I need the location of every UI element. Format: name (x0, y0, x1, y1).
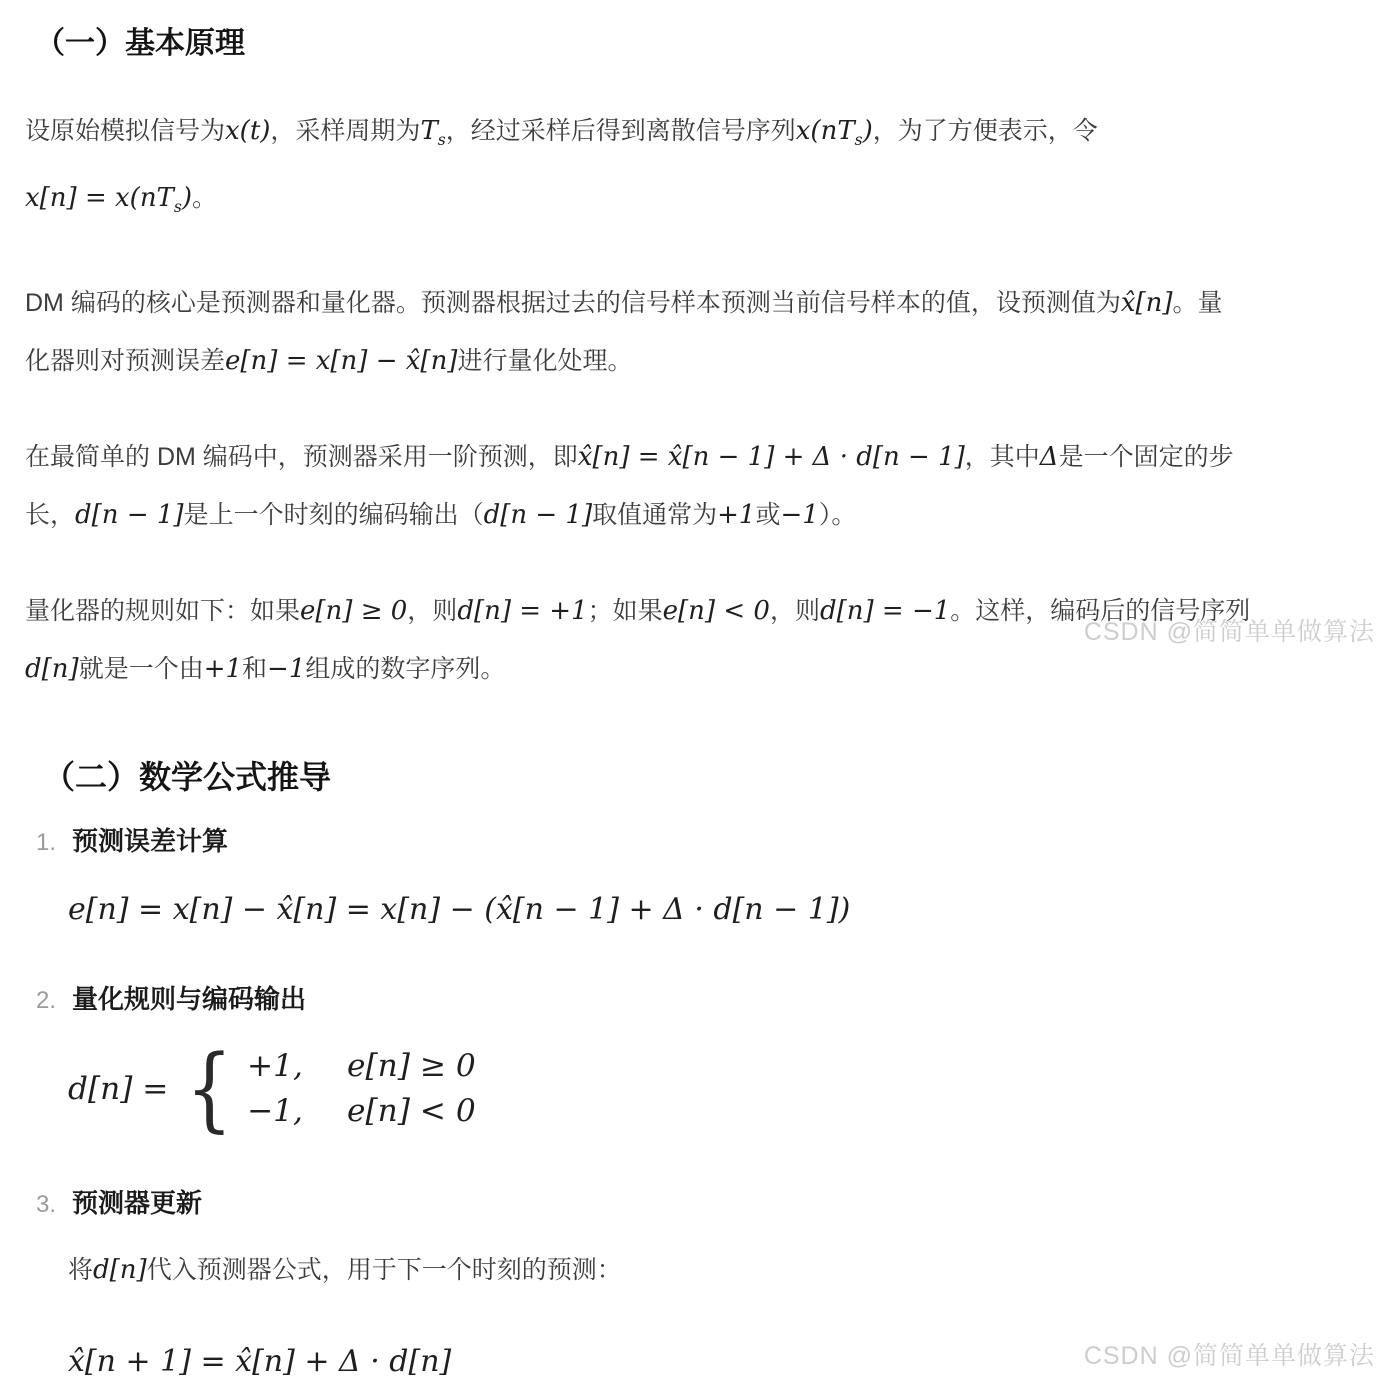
text-run: ，其中 (965, 443, 1040, 471)
math-run: d[n] = +1 (457, 596, 587, 626)
text-run: 组成的数字序列。 (305, 655, 505, 683)
list-item-label: 量化规则与编码输出 (72, 982, 306, 1016)
paragraph-line: 化器则对预测误差e[n] = x[n] − x̂[n]进行量化处理。 (25, 332, 1375, 390)
paragraph-dm-core: DM 编码的核心是预测器和量化器。预测器根据过去的信号样本预测当前信号样本的值，… (25, 274, 1375, 390)
csdn-watermark: CSDN @简简单单做算法 (1084, 612, 1375, 648)
math-run: d[n] = −1 (820, 596, 950, 626)
math-run: x̂[n] (1121, 288, 1173, 318)
math-run: e[n] ≥ 0 (300, 596, 407, 626)
text-run: 和 (242, 655, 267, 683)
text-run: 将 (68, 1256, 93, 1284)
text-run: 或 (755, 501, 780, 529)
math-run: ) (182, 183, 192, 213)
csdn-watermark: CSDN @简简单单做算法 (1084, 1336, 1375, 1372)
text-run: 是一个固定的步 (1059, 443, 1234, 471)
math-run: T (420, 116, 437, 146)
math-lhs: d[n] = (68, 1071, 168, 1107)
list-item-prediction-error: 1. 预测误差计算 (36, 824, 1375, 860)
text-run: ，则 (407, 597, 457, 625)
paragraph-line: 长，d[n − 1]是上一个时刻的编码输出（d[n − 1]取值通常为+1或−1… (25, 486, 1375, 544)
piecewise-case: −1, e[n] < 0 (247, 1089, 476, 1134)
text-run: 进行量化处理。 (457, 347, 632, 375)
math-run: −1 (267, 654, 305, 684)
case-value: +1, (247, 1044, 347, 1089)
math-run: x̂[n] = x̂[n − 1] + Δ · d[n − 1] (578, 442, 965, 472)
text-run: 。量 (1173, 289, 1223, 317)
math-run: −1 (780, 500, 818, 530)
section1-heading: （一）基本原理 (35, 18, 1375, 62)
text-run: 量化器的规则如下：如果 (25, 597, 300, 625)
paragraph-line: d[n]就是一个由+1和−1组成的数字序列。 (25, 640, 1375, 698)
case-condition: e[n] < 0 (347, 1089, 476, 1134)
math-subscript: s (438, 131, 446, 149)
math-run: +1 (717, 500, 755, 530)
document-page: （一）基本原理 设原始模拟信号为x(t)，采样周期为Ts，经过采样后得到离散信号… (0, 0, 1400, 1379)
list-item-number: 3. (36, 1188, 66, 1222)
section2-heading: （二）数学公式推导 (43, 752, 1375, 798)
text-run: ；如果 (588, 597, 663, 625)
text-run: 。 (192, 184, 217, 212)
text-run: 设原始模拟信号为 (25, 117, 225, 145)
math-run: d[n − 1] (484, 500, 593, 530)
list-item-label: 预测误差计算 (72, 824, 228, 858)
math-run: x[n] = x(nT (25, 183, 174, 213)
list-item-number: 1. (36, 826, 66, 860)
text-run: 取值通常为 (592, 501, 717, 529)
piecewise-cases: +1, e[n] ≥ 0 −1, e[n] < 0 (247, 1044, 476, 1134)
math-run: e[n] < 0 (663, 596, 770, 626)
formula-quantizer-piecewise: d[n] = { +1, e[n] ≥ 0 −1, e[n] < 0 (68, 1044, 1375, 1134)
text-run: 代入预测器公式，用于下一个时刻的预测： (147, 1256, 622, 1284)
formula-prediction-error: e[n] = x[n] − x̂[n] = x[n] − (x̂[n − 1] … (68, 886, 1375, 934)
case-condition: e[n] ≥ 0 (347, 1044, 476, 1089)
text-run: DM 编码的核心是预测器和量化器。预测器根据过去的信号样本预测当前信号样本的值，… (25, 289, 1121, 317)
list-item-number: 2. (36, 984, 66, 1018)
math-run: x(t) (225, 116, 270, 146)
list-item-quantization-rule: 2. 量化规则与编码输出 (36, 982, 1375, 1018)
piecewise-case: +1, e[n] ≥ 0 (247, 1044, 476, 1089)
math-run: d[n − 1] (75, 500, 184, 530)
math-run: e[n] = x[n] − x̂[n] (225, 346, 457, 376)
text-run: ，则 (770, 597, 820, 625)
math-run: +1 (204, 654, 242, 684)
math-subscript: s (174, 198, 182, 216)
left-brace: { (186, 1045, 233, 1132)
text-run: 在最简单的 DM 编码中，预测器采用一阶预测，即 (25, 443, 578, 471)
text-run: ）。 (819, 501, 857, 529)
math-run: x(nT (796, 116, 855, 146)
paragraph-line: x[n] = x(nTs)。 (25, 169, 1375, 236)
list-item-predictor-update: 3. 预测器更新 (36, 1186, 1375, 1222)
text-run: 长， (25, 501, 75, 529)
paragraph-line: DM 编码的核心是预测器和量化器。预测器根据过去的信号样本预测当前信号样本的值，… (25, 274, 1375, 332)
text-run: 是上一个时刻的编码输出（ (184, 501, 484, 529)
list-item-label: 预测器更新 (72, 1186, 202, 1220)
math-run: d[n] (93, 1255, 147, 1285)
math-run: d[n] (25, 654, 79, 684)
math-run: ) (863, 116, 873, 146)
paragraph-signal-definition: 设原始模拟信号为x(t)，采样周期为Ts，经过采样后得到离散信号序列x(nTs)… (25, 102, 1375, 236)
math-run: Δ (1040, 442, 1059, 472)
text-run: 化器则对预测误差 (25, 347, 225, 375)
text-run: ，经过采样后得到离散信号序列 (446, 117, 796, 145)
math-subscript: s (855, 131, 863, 149)
text-run: ，采样周期为 (270, 117, 420, 145)
paragraph-line: 在最简单的 DM 编码中，预测器采用一阶预测，即x̂[n] = x̂[n − 1… (25, 428, 1375, 486)
paragraph-predictor-update: 将d[n]代入预测器公式，用于下一个时刻的预测： (68, 1248, 1375, 1292)
text-run: 就是一个由 (79, 655, 204, 683)
text-run: ，为了方便表示，令 (873, 117, 1098, 145)
case-value: −1, (247, 1089, 347, 1134)
paragraph-first-order-prediction: 在最简单的 DM 编码中，预测器采用一阶预测，即x̂[n] = x̂[n − 1… (25, 428, 1375, 544)
paragraph-line: 设原始模拟信号为x(t)，采样周期为Ts，经过采样后得到离散信号序列x(nTs)… (25, 102, 1375, 169)
